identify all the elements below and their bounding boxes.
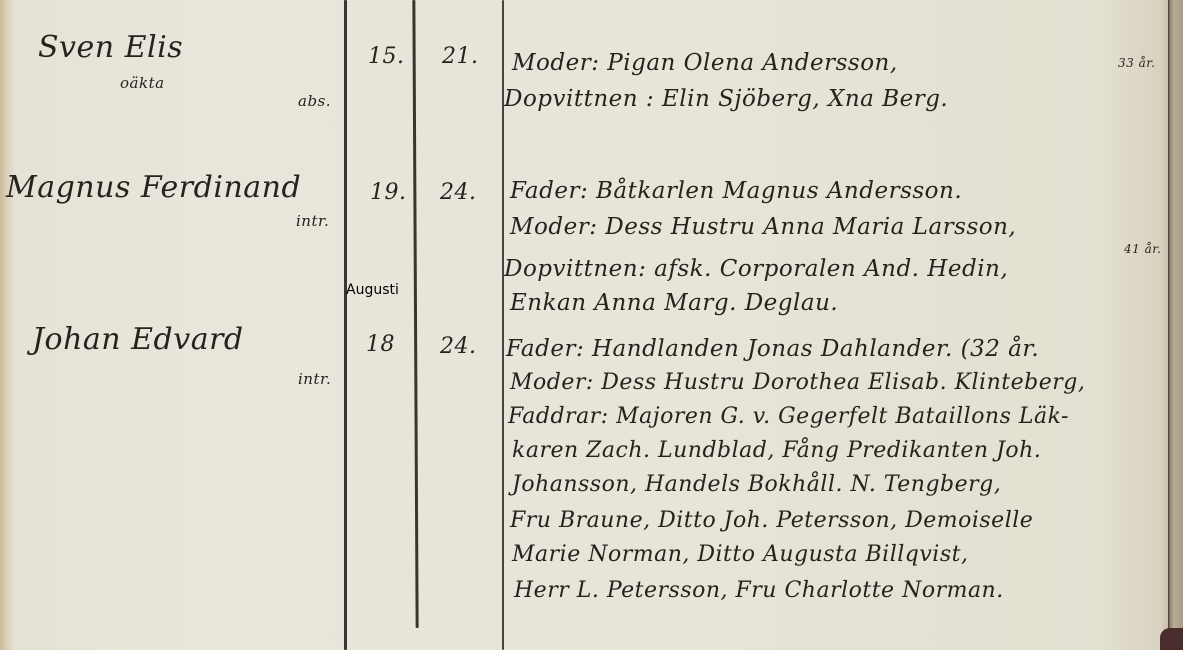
child-name: Sven Elis — [38, 30, 183, 65]
detail-line: Faddrar: Majoren G. v. Gegerfelt Bataill… — [508, 404, 1069, 429]
detail-line: Enkan Anna Marg. Deglau. — [510, 290, 838, 316]
status-note: intr. — [296, 212, 329, 230]
child-name: Johan Edvard — [32, 322, 244, 357]
column-rule-name — [344, 0, 347, 650]
age-note: 33 år. — [1118, 56, 1155, 70]
child-name: Magnus Ferdinand — [6, 170, 301, 205]
detail-line: Moder: Pigan Olena Andersson, — [512, 50, 898, 76]
detail-line: Johansson, Handels Bokhåll. N. Tengberg, — [512, 472, 1001, 497]
status-note: intr. — [298, 370, 331, 388]
book-binding-edge — [1168, 0, 1183, 650]
baptism-day: 21. — [442, 44, 479, 69]
detail-line: Moder: Dess Hustru Anna Maria Larsson, — [510, 214, 1016, 240]
baptism-day: 24. — [440, 334, 477, 359]
detail-line: Dopvittnen: afsk. Corporalen And. Hedin, — [504, 256, 1008, 282]
legitimacy-note: oäkta — [120, 74, 165, 92]
status-note: abs. — [298, 92, 331, 110]
baptism-day: 24. — [440, 180, 477, 205]
age-note: 41 år. — [1124, 242, 1161, 256]
column-rule-birth — [412, 0, 418, 628]
month-label: Augusti — [346, 282, 399, 298]
book-cover-corner — [1160, 628, 1183, 650]
detail-line: Fader: Båtkarlen Magnus Andersson. — [510, 178, 962, 204]
detail-line: Marie Norman, Ditto Augusta Billqvist, — [512, 542, 968, 567]
register-page: Sven Elis oäkta abs. 15. 21. Moder: Piga… — [0, 0, 1183, 650]
detail-line: karen Zach. Lundblad, Fång Predikanten J… — [512, 438, 1041, 463]
detail-line: Dopvittnen : Elin Sjöberg, Xna Berg. — [504, 86, 948, 112]
detail-line: Herr L. Petersson, Fru Charlotte Norman. — [514, 578, 1004, 603]
birth-day: 15. — [368, 44, 405, 69]
detail-line: Fader: Handlanden Jonas Dahlander. (32 å… — [506, 336, 1039, 362]
detail-line: Moder: Dess Hustru Dorothea Elisab. Klin… — [510, 370, 1085, 395]
birth-day: 19. — [370, 180, 407, 205]
birth-day: 18 — [366, 332, 395, 357]
detail-line: Fru Braune, Ditto Joh. Petersson, Demois… — [510, 508, 1033, 533]
